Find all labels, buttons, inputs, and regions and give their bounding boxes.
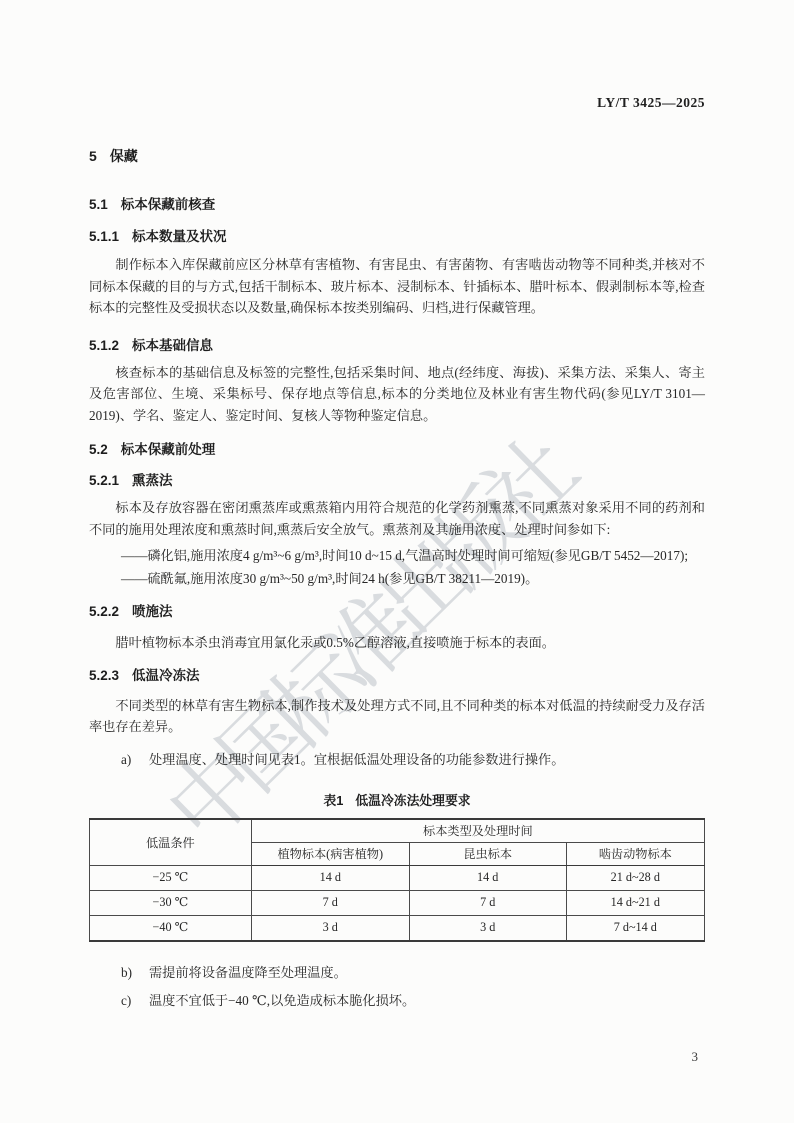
section-heading-5-2-2: 5.2.2喷施法: [89, 604, 705, 620]
table-1-low-temperature-requirements: 低温条件 标本类型及处理时间 植物标本(病害植物) 昆虫标本 啮齿动物标本 −2…: [89, 818, 705, 942]
section-number: 5.2: [89, 442, 108, 457]
section-title: 熏蒸法: [132, 473, 173, 488]
section-number: 5.2.3: [89, 668, 119, 683]
list-item-c: c) 温度不宜低于−40 ℃,以免造成标本脆化损坏。: [89, 990, 705, 1012]
list-marker: b): [121, 962, 132, 984]
header-cell-condition: 低温条件: [90, 819, 252, 866]
table-row: −25 ℃ 14 d 14 d 21 d~28 d: [90, 865, 705, 890]
section-heading-5-2-1: 5.2.1熏蒸法: [89, 473, 705, 489]
section-title: 保藏: [110, 148, 138, 164]
section-title: 喷施法: [132, 604, 173, 619]
cell-value: 3 d: [409, 915, 566, 941]
section-number: 5.2.2: [89, 604, 119, 619]
section-heading-5-1: 5.1标本保藏前核查: [89, 197, 705, 213]
section-heading-5-2: 5.2标本保藏前处理: [89, 442, 705, 458]
table-1-title: 表1低温冷冻法处理要求: [89, 790, 705, 809]
table-title-text: 低温冷冻法处理要求: [355, 793, 470, 808]
paragraph-5-2-1: 标本及存放容器在密闭熏蒸库或熏蒸箱内用符合规范的化学药剂熏蒸,不同熏蒸对象采用不…: [89, 497, 705, 540]
cell-value: 14 d~21 d: [566, 890, 704, 915]
cell-value: 21 d~28 d: [566, 865, 704, 890]
cell-value: 14 d: [409, 865, 566, 890]
section-number: 5.1: [89, 197, 108, 212]
paragraph-5-2-3: 不同类型的林草有害生物标本,制作技术及处理方式不同,且不同种类的标本对低温的持续…: [89, 695, 705, 738]
cell-value: 7 d: [251, 890, 409, 915]
list-item-text: 温度不宜低于−40 ℃,以免造成标本脆化损坏。: [149, 993, 415, 1008]
header-cell-specimen-type-group: 标本类型及处理时间: [251, 819, 704, 843]
table-row: −30 ℃ 7 d 7 d 14 d~21 d: [90, 890, 705, 915]
page-content: LY/T 3425—2025 5保藏 5.1标本保藏前核查 5.1.1标本数量及…: [89, 0, 705, 1012]
paragraph-5-1-1: 制作标本入库保藏前应区分林草有害植物、有害昆虫、有害菌物、有害啮齿动物等不同种类…: [89, 254, 705, 319]
section-heading-5-1-1: 5.1.1标本数量及状况: [89, 229, 705, 245]
standard-number-header: LY/T 3425—2025: [89, 0, 705, 111]
paragraph-5-2-2: 腊叶植物标本杀虫消毒宜用氯化汞或0.5%乙醇溶液,直接喷施于标本的表面。: [89, 632, 705, 654]
section-heading-5-2-3: 5.2.3低温冷冻法: [89, 668, 705, 684]
table-header-row-group: 低温条件 标本类型及处理时间: [90, 819, 705, 843]
list-item-text: 需提前将设备温度降至处理温度。: [149, 965, 347, 980]
list-item-a: a) 处理温度、处理时间见表1。宜根据低温处理设备的功能参数进行操作。: [89, 749, 705, 771]
section-heading-5: 5保藏: [89, 148, 705, 164]
header-cell-insect: 昆虫标本: [409, 842, 566, 865]
page-number: 3: [692, 1049, 699, 1065]
section-title: 标本保藏前核查: [121, 197, 216, 212]
section-title: 标本数量及状况: [132, 229, 227, 244]
section-number: 5.2.1: [89, 473, 119, 488]
header-cell-rodent: 啮齿动物标本: [566, 842, 704, 865]
section-title: 低温冷冻法: [132, 668, 200, 683]
cell-value: 7 d: [409, 890, 566, 915]
header-cell-plant: 植物标本(病害植物): [251, 842, 409, 865]
section-number: 5.1.1: [89, 229, 119, 244]
fumigant-item-aluminium-phosphide: ——磷化铝,施用浓度4 g/m³~6 g/m³,时间10 d~15 d,气温高时…: [89, 545, 705, 568]
paragraph-5-1-2: 核查标本的基础信息及标签的完整性,包括采集时间、地点(经纬度、海拔)、采集方法、…: [89, 362, 705, 427]
document-page: 中国标准出版社 LY/T 3425—2025 5保藏 5.1标本保藏前核查 5.…: [0, 0, 794, 1123]
cell-value: 3 d: [251, 915, 409, 941]
list-marker: a): [121, 749, 131, 771]
table-row: −40 ℃ 3 d 3 d 7 d~14 d: [90, 915, 705, 941]
section-title: 标本基础信息: [132, 338, 213, 353]
cell-condition: −25 ℃: [90, 865, 252, 890]
fumigant-item-sulfuryl-fluoride: ——硫酰氟,施用浓度30 g/m³~50 g/m³,时间24 h(参见GB/T …: [89, 568, 705, 591]
section-heading-5-1-2: 5.1.2标本基础信息: [89, 338, 705, 354]
list-marker: c): [121, 990, 131, 1012]
section-title: 标本保藏前处理: [121, 442, 216, 457]
section-number: 5.1.2: [89, 338, 119, 353]
cell-value: 14 d: [251, 865, 409, 890]
table-number: 表1: [323, 793, 343, 808]
fumigant-list: ——磷化铝,施用浓度4 g/m³~6 g/m³,时间10 d~15 d,气温高时…: [89, 545, 705, 590]
list-item-text: 处理温度、处理时间见表1。宜根据低温处理设备的功能参数进行操作。: [149, 752, 564, 767]
cell-condition: −30 ℃: [90, 890, 252, 915]
section-number: 5: [89, 148, 97, 164]
list-item-b: b) 需提前将设备温度降至处理温度。: [89, 962, 705, 984]
cell-value: 7 d~14 d: [566, 915, 704, 941]
cell-condition: −40 ℃: [90, 915, 252, 941]
